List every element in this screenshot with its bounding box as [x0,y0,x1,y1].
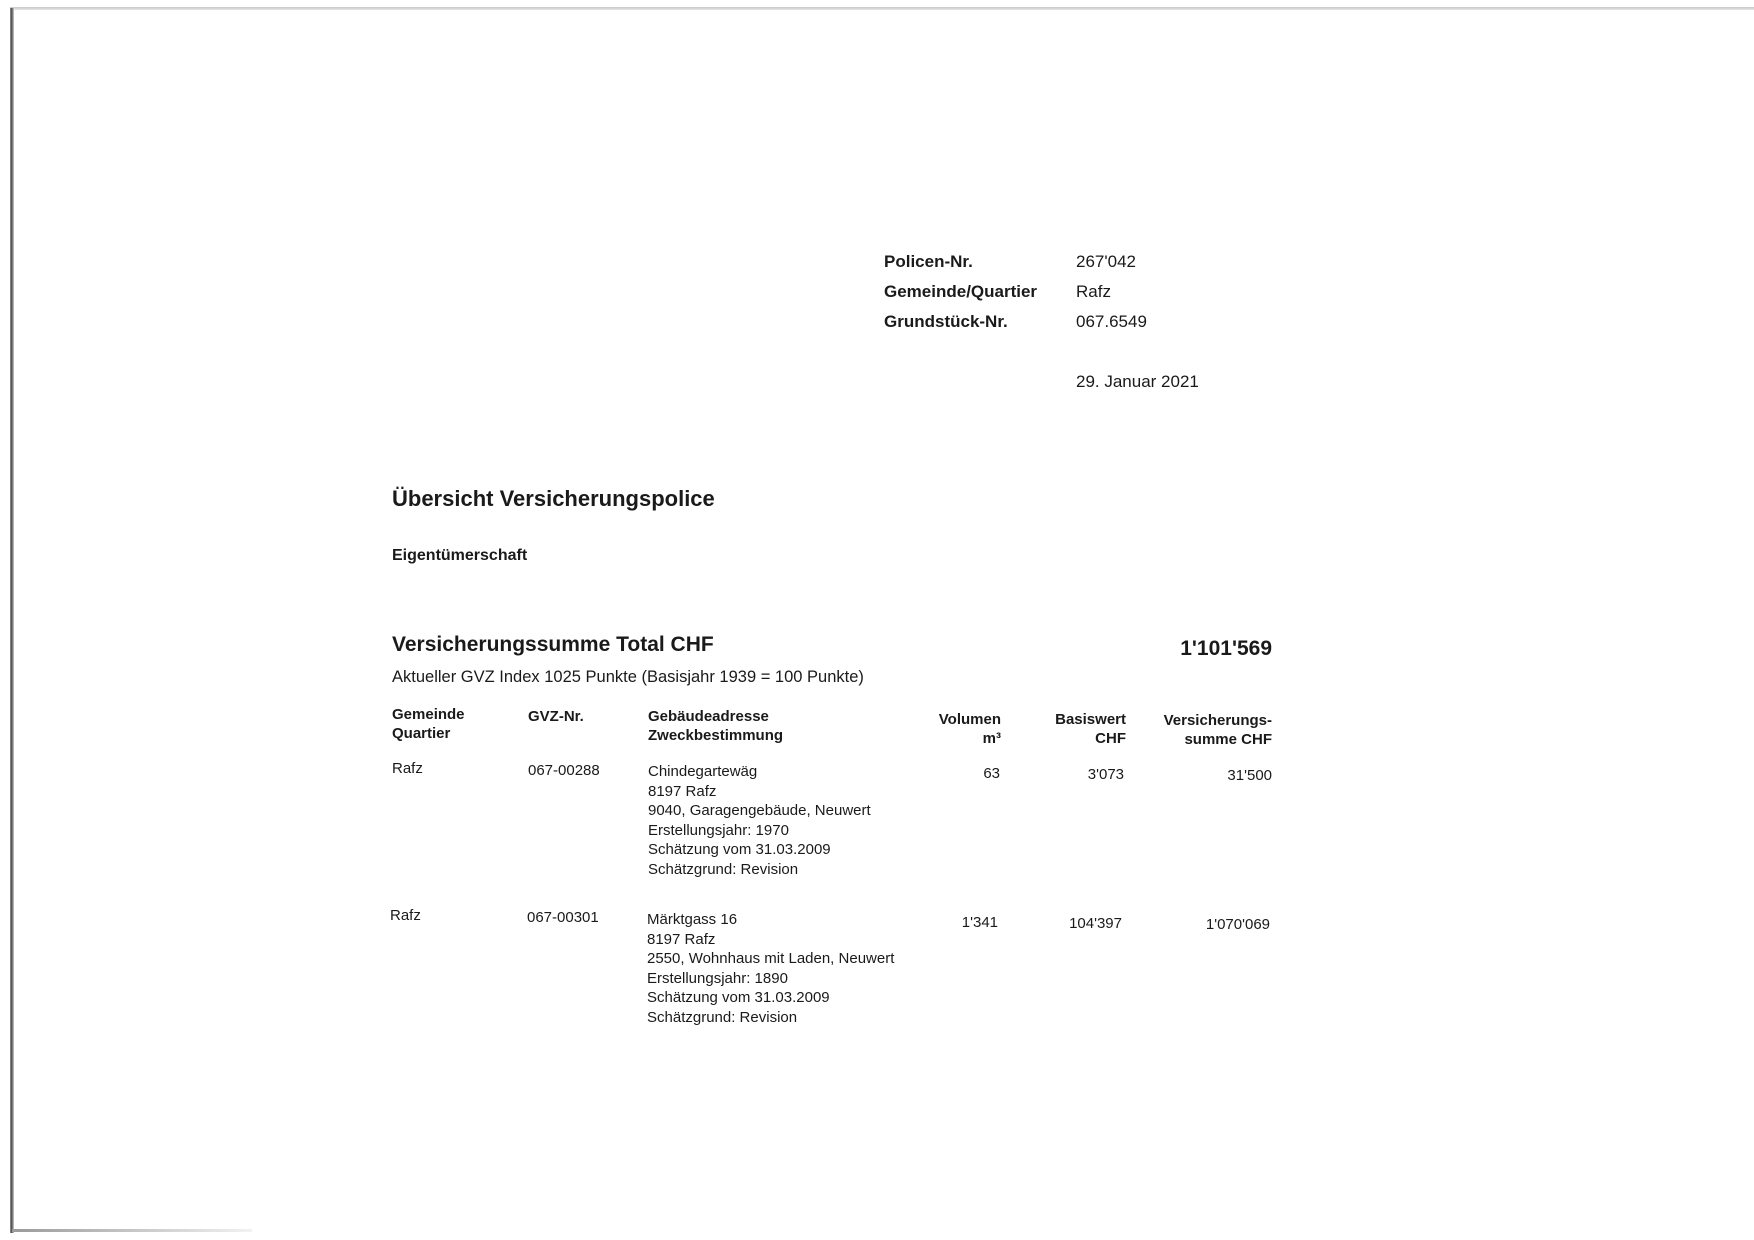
ownership-heading: Eigentümerschaft [392,547,527,565]
cell-volume: 63 [900,764,1000,784]
scan-edge-bottom [12,1229,252,1232]
cell-volume: 1'341 [898,913,998,933]
col-header-insured-sum: Versicherungs- summe CHF [1130,711,1272,749]
cell-insured-sum: 1'070'069 [1128,915,1270,935]
page-title: Übersicht Versicherungspolice [392,486,715,512]
cell-gvz-number: 067-00301 [527,908,599,928]
cell-base-value: 3'073 [1020,765,1124,785]
municipality-label: Gemeinde/Quartier [884,282,1037,302]
col-header-base-value: Basiswert CHF [1020,710,1126,748]
document-date: 29. Januar 2021 [1076,372,1199,392]
col-header-address: Gebäudeadresse Zweckbestimmung [648,707,783,745]
municipality-value: Rafz [1076,282,1111,302]
cell-municipality: Rafz [392,759,423,779]
cell-base-value: 104'397 [1018,914,1122,934]
cell-municipality: Rafz [390,906,421,926]
scan-edge-left [10,8,14,1233]
parcel-number-value: 067.6549 [1076,312,1147,332]
cell-insured-sum: 31'500 [1130,766,1272,786]
col-header-municipality: Gemeinde Quartier [392,705,465,743]
cell-address: Chindegartewäg 8197 Rafz 9040, Garagenge… [648,762,871,879]
parcel-number-label: Grundstück-Nr. [884,312,1008,332]
policy-number-value: 267'042 [1076,252,1136,272]
total-sum-label: Versicherungssumme Total CHF [392,633,714,657]
policy-number-label: Policen-Nr. [884,252,973,272]
cell-gvz-number: 067-00288 [528,761,600,781]
col-header-volume: Volumen m³ [900,710,1001,748]
gvz-index-note: Aktueller GVZ Index 1025 Punkte (Basisja… [392,668,864,687]
total-sum-value: 1'101'569 [1100,637,1272,661]
scan-edge-top [10,7,1754,10]
col-header-gvz: GVZ-Nr. [528,707,584,726]
cell-address: Märktgass 16 8197 Rafz 2550, Wohnhaus mi… [647,910,894,1027]
